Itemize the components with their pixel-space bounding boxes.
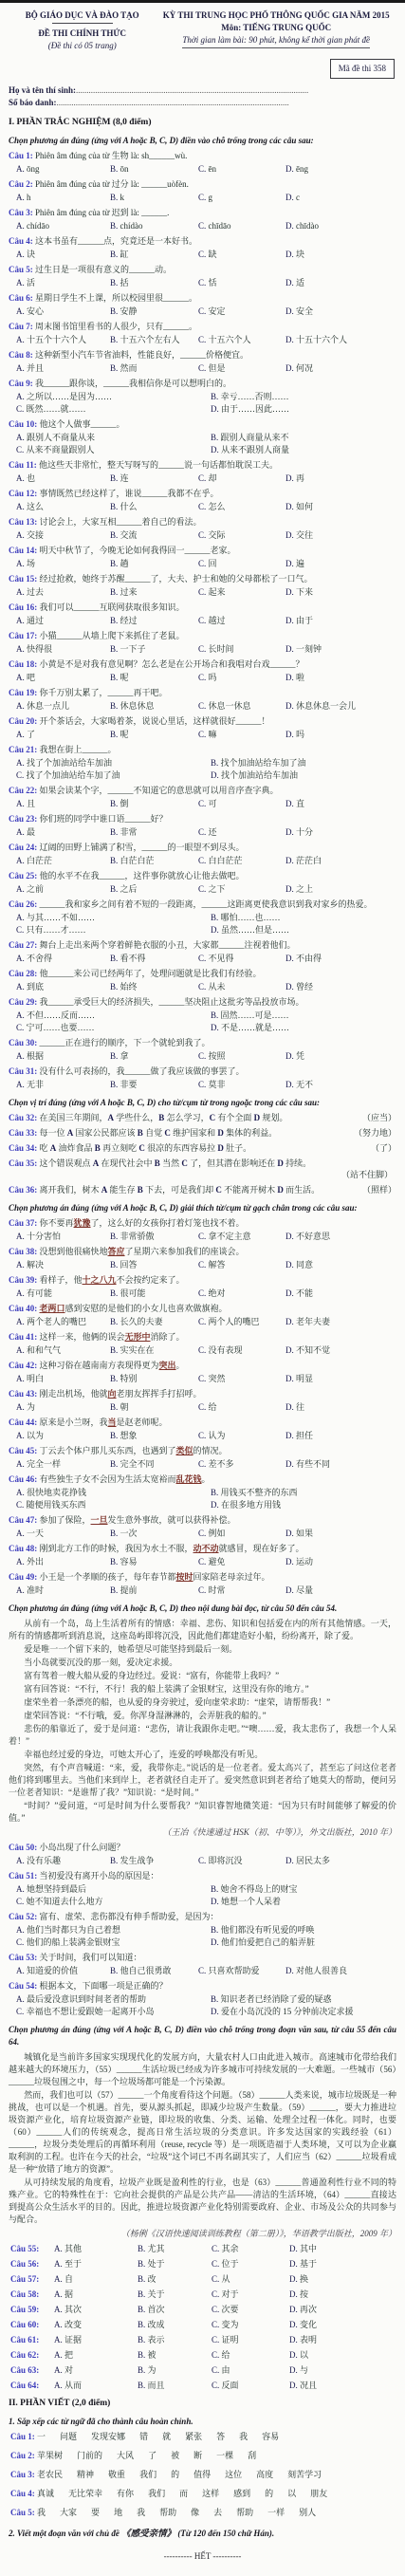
option-D: D. 居民太多 <box>285 1855 396 1867</box>
option-A: A. 至于 <box>54 2258 138 2270</box>
question-text: Câu 31: 没有什么可表扬的，我______做了我应该做的事罢了。 <box>9 1066 396 1078</box>
question-number: Câu 20: <box>9 716 37 726</box>
question-text: Câu 53: 关于时间，我们可以知道： <box>9 1952 396 1964</box>
question-number: Câu 41: <box>9 1332 37 1342</box>
option-C: C. 白白茫茫 <box>198 855 285 867</box>
word-token: 帮助 <box>159 2507 176 2519</box>
question-number: Câu 38: <box>9 1247 37 1256</box>
option-B: B. 改 <box>138 2273 212 2286</box>
option-B: B. 改成 <box>138 2319 212 2331</box>
option-A: A. 且 <box>16 798 110 810</box>
section-instruction: Chọn phương án đúng (ứng với A hoặc B, C… <box>9 135 396 147</box>
word-token: 被 <box>171 2450 179 2462</box>
word-token: 我 <box>37 2507 46 2519</box>
question: Câu 56:A. 至于B. 处于C. 位于D. 基于 <box>9 2258 396 2270</box>
option-B: B. 括 <box>110 277 198 289</box>
question: Câu 57:A. 自B. 改C. 从D. 换 <box>9 2273 396 2286</box>
candidate-name-label: Họ và tên thí sinh: <box>9 85 76 95</box>
question: Câu 58:A. 据B. 关于C. 对于D. 按 <box>9 2289 396 2301</box>
option-B: B. 趟 <box>110 558 198 570</box>
pages-note: (Đề thi có 05 trang) <box>9 40 156 52</box>
options-row: A. 十分害怕B. 非常骄傲C. 拿不定主意D. 不好意思 <box>9 1231 396 1243</box>
option-B: B. 完全不同 <box>110 1458 198 1471</box>
option-D: D. 休息休息一会儿 <box>285 700 396 713</box>
option-A: A. 根据 <box>16 1050 110 1063</box>
passage-citation: （杨俐《汉语快速阅读训练教程（第二册）》，华语教学出版社，2009 年） <box>9 2228 396 2240</box>
question: Câu 21: 我想在街上______。A. 找了个加油站给车加油B. 找个加油… <box>9 744 396 782</box>
option-A: A. 白茫茫 <box>16 855 110 867</box>
question-number: Câu 1: <box>10 2432 35 2441</box>
question: Câu 43: 刚走出机场，他就向老朋友挥挥手打招呼。A. 为B. 朝C. 给D… <box>9 1388 396 1414</box>
option-A: A. chídāo <box>16 220 110 232</box>
question: Câu 14: 明天中秋节了，今晚无论如何我得回一______老家。A. 场B.… <box>9 545 396 570</box>
word-token: 我们 <box>139 2469 156 2481</box>
question-text: Câu 42: 这种习俗在越南南方表现得更为突出。 <box>9 1360 396 1372</box>
part2-task1-items: Câu 1: 一问题发现安娜错就紧张答我容易Câu 2: 苹果树门前的大风了被断… <box>9 2431 396 2519</box>
option-D: D. 明显 <box>285 1373 396 1385</box>
question: Câu 46: 有些独生子女不会因为生活太宽裕而乱花钱。A. 很快地卖花挣钱B.… <box>9 1473 396 1511</box>
question-number: Câu 55: <box>10 2243 54 2255</box>
question: Câu 27: 舞台上走出来两个穿着鲜艳衣服的小丑，大家都______注视着他们… <box>9 939 396 965</box>
question: Câu 53: 关于时间，我们可以知道：A. 知道爱的价值B. 他自己很勇敢C.… <box>9 1952 396 1977</box>
question: Câu 10: 他这个人做事______。A. 跟别人不商量从来B. 跟别人商量… <box>9 418 396 456</box>
option-C: C. 莫非 <box>198 1079 285 1091</box>
question: Câu 52: 富有、虚荣、悲伤都没有伸手帮助爱，是因为：A. 他们当时都只为自… <box>9 1911 396 1949</box>
options-row: A. 根据B. 拿C. 按照D. 凭 <box>9 1050 396 1063</box>
question-number: Câu 11: <box>9 460 37 470</box>
question-number: Câu 7: <box>9 322 33 331</box>
passage-paragraph: 从前有一个岛，岛上生活着所有的情感：幸福、悲伤、知识和包括爱在内的所有其他情感。… <box>9 1618 396 1642</box>
options-row: A. chídāoB. chídàoC. chīdāoD. chīdào <box>9 220 396 232</box>
options-row: A. 快得很B. 一下子C. 长时间D. 一刻钟 <box>9 643 396 656</box>
option-C: C. ēn <box>198 163 285 176</box>
options-row: A. 且B. 倒C. 可D. 直 <box>9 798 396 810</box>
subject-name: Môn: TIẾNG TRUNG QUỐC <box>156 22 396 34</box>
option-B: B. 什么 <box>110 501 198 513</box>
option-A: A. 这么 <box>16 501 110 513</box>
question-number: Câu 28: <box>9 969 37 978</box>
arrange-item: Câu 3: 老农民精神敬重我们的值得这位高度刻苦学习 <box>9 2469 396 2481</box>
question: Câu 47: 参加了保险，一旦发生意外事故，就可以获得补偿。A. 一天B. 一… <box>9 1514 396 1540</box>
question-text: Câu 12: 事情既然已经这样了，谁说______我都不在乎。 <box>9 488 396 500</box>
options-row: A. 一天B. 一次C. 例如D. 如果 <box>9 1528 396 1540</box>
passage-paragraph: “时间？”爱问道，“可是时间为什么要帮我？”知识睿智地微笑道：“因为只有时间能够… <box>9 1800 396 1825</box>
option-A: A. 解决 <box>16 1259 110 1271</box>
question-text: Câu 20: 开个茶话会，大家喝着茶，说说心里话，这样就很好______！ <box>9 715 396 728</box>
question-text: Câu 17: 小猫______从墙上爬下来抓住了老鼠。 <box>9 630 396 642</box>
question-number: Câu 50: <box>9 1843 37 1852</box>
option-A: A. 无非 <box>16 1079 110 1091</box>
option-C: C. 位于 <box>212 2258 289 2270</box>
option-B: B. 过来 <box>110 586 198 599</box>
option-B: B. 被 <box>138 2349 212 2362</box>
option-A: A. 很快地卖花挣钱 <box>16 1487 211 1499</box>
question-number: Câu 23: <box>9 814 37 824</box>
option-C: C. chīdāo <box>198 220 285 232</box>
question-text: Câu 16: 我们可以______互联网获取很多知识。 <box>9 602 396 614</box>
question: Câu 2: Phiên âm đúng của từ 过分 là: _____… <box>9 178 396 204</box>
word-token: 大家 <box>60 2507 77 2519</box>
options-row: A. 过去B. 过来C. 起来D. 下来 <box>9 586 396 599</box>
option-D: D. 吗 <box>285 729 396 741</box>
option-A: A. h <box>16 192 110 204</box>
question-number: Câu 15: <box>9 574 37 584</box>
word-token: 这位 <box>225 2469 242 2481</box>
dotted-line: ........................................… <box>76 84 308 97</box>
option-B: B. 长久的夫妻 <box>110 1316 198 1328</box>
question-number: Câu 32: <box>9 1113 37 1122</box>
question-number: Câu 16: <box>9 602 37 612</box>
option-C: C. 两个人的嘴巴 <box>198 1316 285 1328</box>
question-number: Câu 37: <box>9 1218 37 1228</box>
option-D: D. 换 <box>289 2273 396 2286</box>
option-A: A. 最后爱没意识到时间老者的帮助 <box>16 1993 211 2006</box>
options-row: A. 不舍得B. 看不得C. 不见得D. 不由得 <box>9 953 396 965</box>
option-C: C. 证明 <box>212 2334 289 2346</box>
bracket-word: （照样） <box>362 1184 396 1196</box>
question-text: Câu 5: 过生日是一项很有意义的______动。 <box>9 264 396 276</box>
question-number: Câu 61: <box>10 2334 54 2346</box>
option-B: B. 看不得 <box>110 953 198 965</box>
option-B: B. 首次 <box>138 2304 212 2316</box>
option-D: D. 在很多地方用钱 <box>211 1499 396 1511</box>
question-text: Câu 8: 这种新型小汽车节省油料，性能良好，______价格便宜。 <box>9 349 396 361</box>
question: Câu 4: 这本书虽有______点，究竟还是一本好书。A. 诀B. 缸C. … <box>9 235 396 261</box>
option-B: B. 交流 <box>110 529 198 542</box>
option-A: A. 没有乐趣 <box>16 1855 110 1867</box>
section-instruction: Chọn vị trí đúng (ứng với A hoặc B, C, D… <box>9 1097 396 1109</box>
passage-paragraph: 然而，我们也可以（57）______一个角度看待这个问题。（58）______人… <box>9 2089 396 2176</box>
option-A: A. 自 <box>54 2273 138 2286</box>
option-C: C. 吗 <box>198 672 285 684</box>
option-C: C. 给 <box>212 2349 289 2362</box>
option-B: B. 倒 <box>110 798 198 810</box>
question-number: Câu 59: <box>10 2304 54 2316</box>
word-token: 精神 <box>77 2469 94 2481</box>
option-A: A. 知道爱的价值 <box>16 1965 110 1977</box>
option-B: B. 安静 <box>110 306 198 318</box>
question-text: Câu 1: Phiên âm đúng của từ 生物 là: sh___… <box>9 150 396 162</box>
option-C: C. 反面 <box>212 2380 289 2392</box>
options-row: A. 为B. 朝C. 给D. 往 <box>9 1401 396 1414</box>
part1-questions: Chọn phương án đúng (ứng với A hoặc B, C… <box>9 135 396 2392</box>
question-number: Câu 51: <box>9 1871 37 1881</box>
passage-paragraph: 虚荣回答说：“不行哦，爱。你浑身湿淋淋的，会弄脏我的船的。” <box>9 1710 396 1722</box>
option-D: D. 况且 <box>289 2380 396 2392</box>
word-token: 以 <box>287 2488 296 2500</box>
options-row: A. 跟别人不商量从来B. 跟别人商量从来不C. 从来不商量跟别人D. 从来不跟… <box>9 432 396 456</box>
option-B: B. 想象 <box>110 1430 198 1442</box>
question-number: Câu 2: <box>10 2451 35 2460</box>
question-text: Câu 45: 丁云去个体户那儿买东西，也遇到了类似的情况。 <box>9 1445 396 1457</box>
option-B: B. ōn <box>110 163 198 176</box>
option-C: C. 缺 <box>198 249 285 261</box>
end-mark: ---------- HẾT ---------- <box>9 2550 396 2563</box>
option-B: B. 提前 <box>110 1585 198 1597</box>
option-D: D. 安全 <box>285 306 396 318</box>
options-row: A. 交接B. 交流C. 交际D. 交往 <box>9 529 396 542</box>
question-text: Câu 28: 他______来公司已经两年了，处理问题就是比我们有经验。 <box>9 968 396 980</box>
option-A: A. 之前 <box>16 883 110 896</box>
question-number: Câu 33: <box>9 1128 37 1138</box>
option-A: A. 诀 <box>16 249 110 261</box>
word-token: 真诚 <box>37 2488 54 2500</box>
question: Câu 37: 你不要再犹豫了，这么好的女孩你打着灯笼也找不着。A. 十分害怕B… <box>9 1217 396 1243</box>
option-C: C. 找了个加油站给车加了油 <box>16 769 211 782</box>
option-C: C. 差不多 <box>198 1458 285 1471</box>
question: Câu 54: 根据本文，下面哪一项是正确的？A. 最后爱没意识到时间老者的帮助… <box>9 1980 396 2018</box>
options-row: A. 知道爱的价值B. 他自己很勇敢C. 只喜欢帮助爱D. 对他人很善良 <box>9 1965 396 1977</box>
question-text: Câu 38: 没想到他很痛快地答应了星期六来参加我们的座谈会。 <box>9 1246 396 1258</box>
question: Câu 62:A. 把B. 被C. 给D. 以 <box>9 2349 396 2362</box>
option-B: B. 然而 <box>110 362 198 375</box>
option-B: B. 呢 <box>110 672 198 684</box>
option-C: C. 越过 <box>198 615 285 627</box>
option-B: B. 用钱买不整齐的东西 <box>211 1487 396 1499</box>
option-D: D. 不知不觉 <box>285 1344 396 1357</box>
question-number: Câu 44: <box>9 1418 37 1427</box>
option-C: C. 只有……才…… <box>16 924 211 936</box>
option-C: C. 安定 <box>198 306 285 318</box>
option-C: C. 他们的船上装满金银财宝 <box>16 1937 211 1949</box>
option-C: C. 拿不定主意 <box>198 1231 285 1243</box>
passage-citation: （王冶《快速通过 HSK（初、中等）》，外文出版社，2010 年） <box>9 1826 396 1839</box>
question-number: Câu 18: <box>9 659 37 669</box>
duration-note: Thời gian làm bài: 90 phút, không kể thờ… <box>182 34 370 48</box>
options-row: A. 找了个加油站给车加油B. 找个加油站给车加了油C. 找了个加油站给车加了油… <box>9 757 396 782</box>
option-D: D. 下来 <box>285 586 396 599</box>
question-text: Câu 32: 在美国三年期间，A 学些什么，B 怎么学习，C 有个全面 D 规… <box>9 1112 396 1124</box>
question: Câu 7: 周末图书馆里看书的人很少，只有______。A. 十五个十六个人B… <box>9 321 396 346</box>
option-D: D. 块 <box>285 249 396 261</box>
question-number: Câu 45: <box>9 1446 37 1455</box>
option-C: C. 十五六个人 <box>198 334 285 346</box>
word-token: 我 <box>137 2507 145 2519</box>
question: Câu 34: 吃 A 油炸食品 B 再立刻吃 C 很凉的东西容易拉 D 肚子。… <box>9 1142 396 1155</box>
option-C: C. 只喜欢帮助爱 <box>198 1965 285 1977</box>
option-D: D. 与 <box>289 2364 396 2377</box>
option-B: B. 她舍不得岛上的财宝 <box>211 1883 396 1896</box>
option-D: D. 不由得 <box>285 953 396 965</box>
option-D: D. 适 <box>285 277 396 289</box>
question: Câu 32: 在美国三年期间，A 学些什么，B 怎么学习，C 有个全面 D 规… <box>9 1112 396 1124</box>
passage-paragraph: 爱是唯一一个留下来的，她希望尽可能坚持到最后一刻。 <box>9 1643 396 1656</box>
question-text: Câu 11: 他这些天非常忙，整天写呀写的______说一句话都怕耽误工夫。 <box>9 459 396 472</box>
option-D: D. 由于……因此…… <box>211 403 396 416</box>
option-A: A. 十五个十六个人 <box>16 334 110 346</box>
option-B: B. 固然……可是…… <box>211 1010 396 1022</box>
question-text: Câu 50: 小岛出现了什么问题？ <box>9 1842 396 1854</box>
option-A: A. 了 <box>16 729 110 741</box>
question-number: Câu 5: <box>9 265 33 274</box>
passage-paragraph: 从可持续发展的角度看，垃圾产业既是盈利性的行业，也是（63）______普通盈利… <box>9 2177 396 2226</box>
option-D: D. 十分 <box>285 826 396 839</box>
word-token: 老农民 <box>37 2469 63 2481</box>
question: Câu 60:A. 改变B. 改成C. 变为D. 变化 <box>9 2319 396 2331</box>
question-number: Câu 25: <box>9 871 37 880</box>
question-text: Câu 48: 刚到北方工作的时候，我因为水土不服，动不动就感冒，现在好多了。 <box>9 1543 396 1555</box>
word-token: 去 <box>213 2507 222 2519</box>
options-row: A. 解决B. 回答C. 解答D. 同意 <box>9 1259 396 1271</box>
option-D: D. 她想一个人呆着 <box>211 1896 396 1908</box>
option-C: C. 她不知道去什么地方 <box>16 1896 211 1908</box>
option-B: B. 表示 <box>138 2334 212 2346</box>
task2-topic: 《感受亲情》 <box>121 2530 175 2539</box>
question: Câu 26: ______我和家乡之间有着不短的一段距离，______这距离更… <box>9 899 396 936</box>
dotted-line: ........................................… <box>57 97 289 109</box>
question-number: Câu 48: <box>9 1544 37 1553</box>
question-number: Câu 52: <box>9 1912 37 1921</box>
options-row: A. 诀B. 缸C. 缺D. 块 <box>9 249 396 261</box>
question-text: Câu 2: Phiên âm đúng của từ 过分 là: _____… <box>9 178 396 191</box>
question-number: Câu 17: <box>9 631 37 640</box>
word-token: 了 <box>148 2450 156 2462</box>
option-D: D. chīdào <box>285 220 396 232</box>
options-row: A. 没有乐趣B. 发生战争C. 即将沉没D. 居民太多 <box>9 1855 396 1867</box>
exam-type: ĐỀ THI CHÍNH THỨC <box>9 28 156 40</box>
option-D: D. c <box>285 192 396 204</box>
option-A: A. 其他 <box>54 2243 138 2255</box>
option-A: A. 场 <box>16 558 110 570</box>
option-A: A. 找了个加油站给车加油 <box>16 757 211 769</box>
question-text: Câu 29: 我______承受巨大的经济损失，______坚决阻止这批劣等品… <box>9 996 396 1009</box>
option-D: D. 之上 <box>285 883 396 896</box>
option-C: C. 从未 <box>198 981 285 993</box>
option-B: B. 白茫白茫 <box>110 855 198 867</box>
question: Câu 17: 小猫______从墙上爬下来抓住了老鼠。A. 快得很B. 一下子… <box>9 630 396 656</box>
question-number: Câu 34: <box>9 1143 37 1153</box>
passage-paragraph: 幸福也经过爱的身边，可她太开心了，连爱的呼唤都没有听见。 <box>9 1749 396 1761</box>
options-row: A. 最后爱没意识到时间老者的帮助B. 知识老者已经消除了爱的疑惑C. 幸福也不… <box>9 1993 396 2018</box>
question-number: Câu 26: <box>9 899 37 909</box>
option-A: A. 对 <box>54 2364 138 2377</box>
option-B: B. 连 <box>110 473 198 485</box>
question-number: Câu 30: <box>9 1038 37 1047</box>
passage-paragraph: 富有驾着一艘大船从爱的身边经过。爱说：“富有，你能带上我吗？” <box>9 1670 396 1682</box>
exam-code-row: Mã đề thi 358 <box>9 59 395 79</box>
word-token: 一棵 <box>216 2450 233 2462</box>
option-D: D. 表明 <box>289 2334 396 2346</box>
option-C: C. 却 <box>198 473 285 485</box>
option-C: C. 起来 <box>198 586 285 599</box>
option-B: B. 一次 <box>110 1528 198 1540</box>
option-D: D. 担任 <box>285 1430 396 1442</box>
option-B: B. 缸 <box>110 249 198 261</box>
option-C: C. 之下 <box>198 883 285 896</box>
question: Câu 29: 我______承受巨大的经济损失，______坚决阻止这批劣等品… <box>9 996 396 1034</box>
question-text: Câu 3: Phiên âm đúng của từ 迟到 là: _____… <box>9 207 396 219</box>
option-D: D. 曾经 <box>285 981 396 993</box>
bracket-word: （站不住脚） <box>9 1169 396 1181</box>
option-D: D. 变化 <box>289 2319 396 2331</box>
candidate-info: Họ và tên thí sinh:.....................… <box>9 84 396 109</box>
question-text: Câu 43: 刚走出机场，他就向老朋友挥挥手打招呼。 <box>9 1388 396 1400</box>
option-A: A. 之所以……是因为…… <box>16 391 211 403</box>
option-A: A. 完全一样 <box>16 1458 110 1471</box>
option-C: C. 次要 <box>212 2304 289 2316</box>
options-row: A. 以为B. 想象C. 认为D. 担任 <box>9 1430 396 1442</box>
question: Câu 30: ______正在进行的顺序，下一个就轮到我了。A. 根据B. 拿… <box>9 1037 396 1063</box>
options-row: A. 准时B. 提前C. 时常D. 尽量 <box>9 1585 396 1597</box>
question-number: Câu 27: <box>9 940 37 950</box>
option-B: B. 始终 <box>110 981 198 993</box>
question-text: Câu 14: 明天中秋节了，今晚无论如何我得回一______老家。 <box>9 545 396 557</box>
question-number: Câu 42: <box>9 1361 37 1370</box>
options-row: A. hB. kC. gD. c <box>9 192 396 204</box>
header-left: BỘ GIÁO DỤC VÀ ĐÀO TẠO ĐỀ THI CHÍNH THỨC… <box>9 9 156 52</box>
exam-title: KỲ THI TRUNG HỌC PHỔ THÔNG QUỐC GIA NĂM … <box>156 9 396 22</box>
question: Câu 28: 他______来公司已经两年了，处理问题就是比我们有经验。A. … <box>9 968 396 993</box>
question-number: Câu 35: <box>9 1158 37 1168</box>
options-row: A. 她想坚持到最后B. 她舍不得岛上的财宝C. 她不知道去什么地方D. 她想一… <box>9 1883 396 1908</box>
option-D: D. 其中 <box>289 2243 396 2255</box>
option-C: C. 长时间 <box>198 643 285 656</box>
option-A: A. 为 <box>16 1401 110 1414</box>
options-row: A. 这么B. 什么C. 怎么D. 如何 <box>9 501 396 513</box>
option-C: C. 休息一休息 <box>198 700 285 713</box>
word-token: 朋友 <box>310 2488 327 2500</box>
option-C: C. 还 <box>198 826 285 839</box>
question: Câu 22: 如果会读某个字，______不知道它的意思就可以用音序查字典。A… <box>9 785 396 810</box>
word-token: 我 <box>239 2431 248 2443</box>
passage-paragraph: 富有回答说：“不行，不行！我的船上装满了金银财宝，这里没有你的地方。” <box>9 1683 396 1696</box>
option-B: B. 发生战争 <box>110 1855 198 1867</box>
question-number: Câu 63: <box>10 2364 54 2377</box>
question-text: Câu 25: 他的水平不在我______，这件事你就放心让他去做吧。 <box>9 870 396 882</box>
option-B: B. 特别 <box>110 1373 198 1385</box>
option-D: D. 交往 <box>285 529 396 542</box>
passage-paragraph: 城镇化是当前许多国家实现现代化的发展方向，大量农村人口由此进入城市。高速城市化带… <box>9 2051 396 2088</box>
question: Câu 49: 小王是一个孝顺的孩子，每年春节都按时回家陪老母亲过年。A. 准时… <box>9 1571 396 1597</box>
word-token: 像 <box>191 2507 199 2519</box>
question-text: Câu 10: 他这个人做事______。 <box>9 418 396 431</box>
options-row: A. 之所以……是因为……B. 幸亏……否则……C. 既然……就……D. 由于…… <box>9 391 396 416</box>
question: Câu 64:A. 从而B. 而且C. 反面D. 况且 <box>9 2380 396 2392</box>
option-D: D. 一刻钟 <box>285 643 396 656</box>
word-token: 大风 <box>117 2450 134 2462</box>
question-number: Câu 2: <box>9 179 33 189</box>
option-C: C. 即将沉没 <box>198 1855 285 1867</box>
question-number: Câu 22: <box>9 786 37 795</box>
word-token: 紧张 <box>185 2431 202 2443</box>
option-D: D. 啦 <box>285 672 396 684</box>
question: Câu 50: 小岛出现了什么问题？A. 没有乐趣B. 发生战争C. 即将沉没D… <box>9 1842 396 1867</box>
option-D: D. 基于 <box>289 2258 396 2270</box>
option-D: D. 不是……就是…… <box>211 1022 396 1034</box>
question-text: Câu 23: 你们班的同学中谁口语______好？ <box>9 813 396 825</box>
option-C: C. 可 <box>198 798 285 810</box>
question-text: Câu 22: 如果会读某个字，______不知道它的意思就可以用音序查字典。 <box>9 785 396 797</box>
question-text: Câu 44: 原来是小兰呀，我当是赵老师呢。 <box>9 1417 396 1429</box>
word-token: 容易 <box>262 2431 279 2443</box>
word-token: 高度 <box>256 2469 273 2481</box>
option-C: C. 对于 <box>212 2289 289 2301</box>
arrange-item: Câu 2: 苹果树门前的大风了被断一棵刮 <box>9 2450 396 2462</box>
word-token: 感到 <box>233 2488 250 2500</box>
question: Câu 13: 讨论会上，大家互相______着自己的看法。A. 交接B. 交流… <box>9 516 396 542</box>
exam-code-box: Mã đề thi 358 <box>330 59 395 79</box>
question: Câu 1: Phiên âm đúng của từ 生物 là: sh___… <box>9 150 396 176</box>
question-text: Câu 34: 吃 A 油炸食品 B 再立刻吃 C 很凉的东西容易拉 D 肚子。… <box>9 1142 396 1155</box>
options-row: A. ōngB. ōnC. ēnD. ēng <box>9 163 396 176</box>
option-B: B. 非常骄傲 <box>110 1231 198 1243</box>
section-instruction: Chọn phương án đúng (ứng với A hoặc B, C… <box>9 1603 396 1615</box>
option-C: C. g <box>198 192 285 204</box>
option-A: A. 通过 <box>16 615 110 627</box>
option-A: A. 十分害怕 <box>16 1231 110 1243</box>
question: Câu 19: 你千万别太累了，______再干吧。A. 休息一点儿B. 休息休… <box>9 687 396 713</box>
option-B: B. k <box>110 192 198 204</box>
